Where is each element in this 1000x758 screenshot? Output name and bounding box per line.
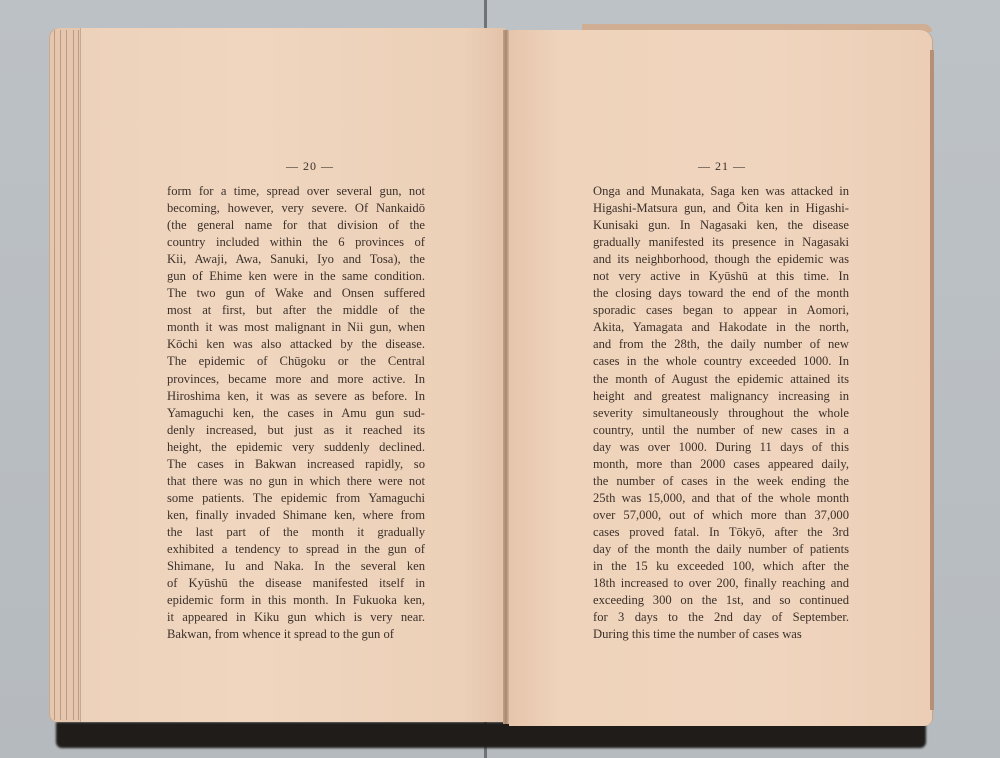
leaf-edge-line	[54, 30, 55, 720]
text-line: epidemic form in this month. In Fukuoka …	[167, 592, 425, 609]
text-line: month it was most malignant in Nii gun, …	[167, 319, 425, 336]
text-line: some patients. The epidemic from Yamaguc…	[167, 490, 425, 507]
right-page-fore-edge	[930, 50, 934, 710]
text-line: Hiroshima ken, it was as severe as befor…	[167, 388, 425, 405]
text-line: Shimane, Iu and Naka. In the several ken	[167, 558, 425, 575]
open-book: — 20 — — 21 — form for a time, spread ov…	[0, 0, 1000, 758]
text-line: height and greatest malignancy increasin…	[593, 388, 849, 405]
text-line: of Kyūshū the disease manifested itself …	[167, 575, 425, 592]
text-line: form for a time, spread over several gun…	[167, 183, 425, 200]
text-line: for 3 days to the 2nd day of September.	[593, 609, 849, 626]
text-line: gun of Ehime ken were in the same condit…	[167, 268, 425, 285]
text-line: cases in the whole country exceeded 1000…	[593, 353, 849, 370]
text-line: Kunisaki gun. In Nagasaki ken, the disea…	[593, 217, 849, 234]
text-line: over 57,000, out of which more than 37,0…	[593, 507, 849, 524]
text-line: provinces, became more and more active. …	[167, 371, 425, 388]
text-line: 25th was 15,000, and that of the whole m…	[593, 490, 849, 507]
right-page-text: Onga and Munakata, Saga ken was attacked…	[593, 183, 849, 643]
text-line: and from the 28th, the daily number of n…	[593, 336, 849, 353]
text-line: Akita, Yamagata and Hakodate in the nort…	[593, 319, 849, 336]
text-line: ken, finally invaded Shimane ken, where …	[167, 507, 425, 524]
text-line: The two gun of Wake and Onsen suffered	[167, 285, 425, 302]
leaf-edge-line	[73, 30, 74, 720]
text-line: Onga and Munakata, Saga ken was attacked…	[593, 183, 849, 200]
text-line: (the general name for that division of t…	[167, 217, 425, 234]
text-line: gradually manifested its presence in Nag…	[593, 234, 849, 251]
text-line: Kii, Awaji, Awa, Sanuki, Iyo and Tosa), …	[167, 251, 425, 268]
text-line: in the 15 ku exceeded 100, which after t…	[593, 558, 849, 575]
page-number-left: — 20 —	[286, 159, 334, 174]
text-line: day of the month the daily number of pat…	[593, 541, 849, 558]
text-line: 18th increased to over 200, finally reac…	[593, 575, 849, 592]
text-line: it appeared in Kiku gun which is very ne…	[167, 609, 425, 626]
text-line: The epidemic of Chūgoku or the Central	[167, 353, 425, 370]
leaf-edge-line	[60, 30, 61, 720]
text-line: the number of cases in the week ending t…	[593, 473, 849, 490]
text-line: most at first, but after the middle of t…	[167, 302, 425, 319]
text-line: and its neighborhood, though the epidemi…	[593, 251, 849, 268]
text-line: height, the epidemic very suddenly decli…	[167, 439, 425, 456]
text-line: exceeding 300 on the 1st, and so continu…	[593, 592, 849, 609]
text-line: month, more than 2000 cases appeared dai…	[593, 456, 849, 473]
text-line: sporadic cases began to appear in Aomori…	[593, 302, 849, 319]
text-line: the closing days toward the end of the m…	[593, 285, 849, 302]
text-line: Kōchi ken was also attacked by the disea…	[167, 336, 425, 353]
text-line: the last part of the month it gradually	[167, 524, 425, 541]
page-number-right: — 21 —	[698, 159, 746, 174]
text-line: The cases in Bakwan increased rapidly, s…	[167, 456, 425, 473]
text-line: country included within the 6 provinces …	[167, 234, 425, 251]
text-line: not very active in Kyūshū at this time. …	[593, 268, 849, 285]
text-line: denly increased, but just as it reached …	[167, 422, 425, 439]
text-line: During this time the number of cases was	[593, 626, 849, 643]
text-line: day was over 1000. During 11 days of thi…	[593, 439, 849, 456]
text-line: country, until the number of new cases i…	[593, 422, 849, 439]
text-line: that there was no gun in which there wer…	[167, 473, 425, 490]
text-line: Higashi-Matsura gun, and Ōita ken in Hig…	[593, 200, 849, 217]
leaf-edge-line	[66, 30, 67, 720]
book-gutter	[503, 30, 509, 724]
text-line: Yamaguchi ken, the cases in Amu gun sud-	[167, 405, 425, 422]
leaf-edge-line	[78, 30, 79, 720]
text-line: becoming, however, very severe. Of Nanka…	[167, 200, 425, 217]
left-page-text: form for a time, spread over several gun…	[167, 183, 425, 643]
text-line: the month of August the epidemic attaine…	[593, 371, 849, 388]
text-line: Bakwan, from whence it spread to the gun…	[167, 626, 425, 643]
text-line: exhibited a tendency to spread in the gu…	[167, 541, 425, 558]
text-line: severity simultaneously throughout the w…	[593, 405, 849, 422]
text-line: cases proved fatal. In Tōkyō, after the …	[593, 524, 849, 541]
